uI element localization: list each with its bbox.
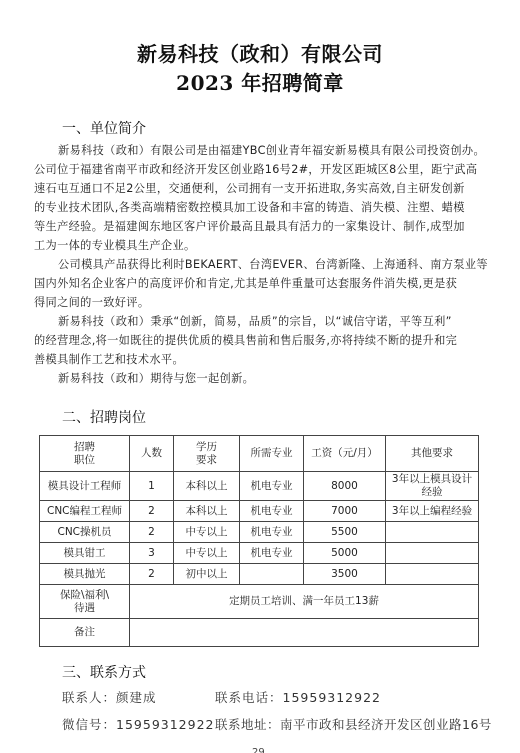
- cell-education: 本科以上: [174, 472, 240, 501]
- text-line: 等生产经验。是福建闽东地区客户评价最高且最具有活力的一家集设计、制作,成型加: [34, 217, 484, 236]
- company-intro-paragraph-2: 公司模具产品获得比利时BEKAERT、台湾EVER、台湾新隆、上海通科、南方泵业…: [34, 255, 484, 312]
- cell-major: 机电专业: [240, 501, 304, 522]
- positions-table: 招聘 职位 人数 学历 要求 所需专业 工资（元/月） 其他要求 模具设计工程师…: [39, 435, 479, 647]
- contact-person-value: 颜建成: [116, 690, 157, 705]
- cell-text: 待遇: [40, 602, 129, 615]
- header-position: 招聘 职位: [40, 436, 130, 472]
- cell-major: 机电专业: [240, 522, 304, 543]
- cell-position: 模具钳工: [40, 543, 130, 564]
- cell-text: 经验: [386, 486, 478, 499]
- header-count: 人数: [130, 436, 174, 472]
- cell-salary: 7000: [304, 501, 386, 522]
- text-line: 善模具制作工艺和技术水平。: [34, 350, 484, 369]
- document-title: 新易科技（政和）有限公司: [0, 38, 520, 67]
- header-text: 职位: [40, 454, 129, 467]
- cell-major: 机电专业: [240, 472, 304, 501]
- table-row: 模具钳工 3 中专以上 机电专业 5000: [40, 543, 479, 564]
- cell-text: 3年以上模具设计: [386, 473, 478, 486]
- header-major: 所需专业: [240, 436, 304, 472]
- contact-wechat-value: 15959312922: [116, 717, 214, 732]
- contact-wechat-label: 微信号：: [62, 717, 116, 732]
- table-row: CNC操机员 2 中专以上 机电专业 5500: [40, 522, 479, 543]
- cell-salary: 8000: [304, 472, 386, 501]
- header-text: 学历: [174, 441, 239, 454]
- text-line: 的经营理念,将一如既往的提供优质的模具售前和售后服务,亦将持续不断的提升和完: [34, 331, 484, 350]
- cell-count: 2: [130, 522, 174, 543]
- header-text: 要求: [174, 454, 239, 467]
- section-heading-contact: 三、联系方式: [62, 662, 146, 682]
- cell-other: [386, 522, 479, 543]
- table-row: CNC编程工程师 2 本科以上 机电专业 7000 3年以上编程经验: [40, 501, 479, 522]
- contact-address-label: 联系地址：: [215, 717, 280, 732]
- contact-wechat: 微信号：15959312922: [62, 715, 215, 733]
- text-line: 得同之间的一致好评。: [34, 293, 484, 312]
- cell-major: [240, 564, 304, 585]
- document-subtitle: 2023 年招聘简章: [0, 67, 520, 96]
- cell-position: CNC编程工程师: [40, 501, 130, 522]
- text-line: 新易科技（政和）秉承“创新，简易，品质”的宗旨，以“诚信守诺，平等互利”: [34, 312, 484, 331]
- table-row: 模具设计工程师 1 本科以上 机电专业 8000 3年以上模具设计 经验: [40, 472, 479, 501]
- contact-phone-label: 联系电话：: [215, 690, 283, 705]
- cell-welfare-label: 保险\福利\ 待遇: [40, 585, 130, 619]
- cell-other: [386, 543, 479, 564]
- cell-salary: 5000: [304, 543, 386, 564]
- text-line: 新易科技（政和）期待与您一起创新。: [34, 369, 484, 388]
- contact-address-value: 南平市政和县经济开发区创业路16号: [280, 717, 492, 732]
- cell-position: 模具设计工程师: [40, 472, 130, 501]
- header-salary: 工资（元/月）: [304, 436, 386, 472]
- cell-education: 中专以上: [174, 522, 240, 543]
- cell-other: 3年以上编程经验: [386, 501, 479, 522]
- cell-count: 2: [130, 501, 174, 522]
- cell-count: 1: [130, 472, 174, 501]
- text-line: 公司位于福建省南平市政和经济开发区创业路16号2#，开发区距城区8公里，距宁武高: [34, 160, 484, 179]
- company-intro-paragraph-4: 新易科技（政和）期待与您一起创新。: [34, 369, 484, 388]
- page-number: 29: [252, 747, 265, 753]
- contact-phone: 联系电话：15959312922: [215, 688, 381, 706]
- company-intro-paragraph-3: 新易科技（政和）秉承“创新，简易，品质”的宗旨，以“诚信守诺，平等互利” 的经营…: [34, 312, 484, 369]
- cell-salary: 3500: [304, 564, 386, 585]
- text-line: 国内外知名企业客户的高度评价和肯定,尤其是单件重量可达套服务件消失模,更是获: [34, 274, 484, 293]
- section-heading-company-intro: 一、单位简介: [62, 118, 146, 138]
- text-line: 工为一体的专业模具生产企业。: [34, 236, 484, 255]
- cell-count: 3: [130, 543, 174, 564]
- header-education: 学历 要求: [174, 436, 240, 472]
- table-row-remarks: 备注: [40, 619, 479, 647]
- header-other: 其他要求: [386, 436, 479, 472]
- company-intro-paragraph-1: 新易科技（政和）有限公司是由福建YBC创业青年福安新易模具有限公司投资创办。 公…: [34, 141, 484, 255]
- cell-other: 3年以上模具设计 经验: [386, 472, 479, 501]
- contact-address: 联系地址：南平市政和县经济开发区创业路16号: [215, 715, 492, 733]
- contact-person: 联系人：颜建成: [62, 688, 157, 706]
- table-row: 模具抛光 2 初中以上 3500: [40, 564, 479, 585]
- cell-remarks-label: 备注: [40, 619, 130, 647]
- cell-text: 保险\福利\: [40, 589, 129, 602]
- contact-person-label: 联系人：: [62, 690, 116, 705]
- cell-welfare-value: 定期员工培训、满一年员工13薪: [130, 585, 479, 619]
- cell-education: 中专以上: [174, 543, 240, 564]
- cell-major: 机电专业: [240, 543, 304, 564]
- cell-count: 2: [130, 564, 174, 585]
- cell-education: 本科以上: [174, 501, 240, 522]
- text-line: 速石屯互通口不足2公里，交通便利，公司拥有一支开拓进取,务实高效,自主研发创新: [34, 179, 484, 198]
- text-line: 新易科技（政和）有限公司是由福建YBC创业青年福安新易模具有限公司投资创办。: [34, 141, 484, 160]
- cell-other: [386, 564, 479, 585]
- header-text: 招聘: [40, 441, 129, 454]
- cell-education: 初中以上: [174, 564, 240, 585]
- text-line: 公司模具产品获得比利时BEKAERT、台湾EVER、台湾新隆、上海通科、南方泵业…: [34, 255, 484, 274]
- table-header-row: 招聘 职位 人数 学历 要求 所需专业 工资（元/月） 其他要求: [40, 436, 479, 472]
- section-heading-positions: 二、招聘岗位: [62, 407, 146, 427]
- contact-phone-value: 15959312922: [283, 690, 381, 705]
- text-line: 的专业技术团队,各类高端精密数控模具加工设备和丰富的铸造、消失模、注塑、蜡模: [34, 198, 484, 217]
- table-row-welfare: 保险\福利\ 待遇 定期员工培训、满一年员工13薪: [40, 585, 479, 619]
- cell-salary: 5500: [304, 522, 386, 543]
- cell-position: 模具抛光: [40, 564, 130, 585]
- cell-position: CNC操机员: [40, 522, 130, 543]
- cell-remarks-value: [130, 619, 479, 647]
